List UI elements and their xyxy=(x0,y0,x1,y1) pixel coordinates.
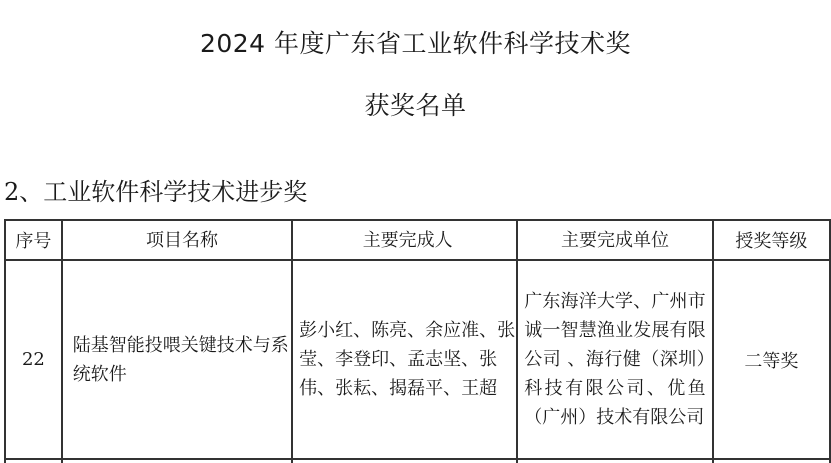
document-subtitle: 获奖名单 xyxy=(0,86,831,122)
cell-main-organizations: 广东海洋大学、广州市诚一智慧渔业发展有限公司 、海行健（深圳）科技有限公司、优鱼… xyxy=(517,260,712,459)
cell-award-level: 二等奖 xyxy=(713,260,830,459)
awards-table: 序号 项目名称 主要完成人 主要完成单位 授奖等级 22 陆基智能投喂关键技术与… xyxy=(4,219,831,463)
table-row: 22 陆基智能投喂关键技术与系统软件 彭小红、陈亮、余应准、张莹、李登印、孟志坚… xyxy=(5,260,830,459)
cell-serial-no: 22 xyxy=(5,260,62,459)
table-header-row: 序号 项目名称 主要完成人 主要完成单位 授奖等级 xyxy=(5,220,830,260)
header-project-name: 项目名称 xyxy=(62,220,292,260)
header-main-contributors: 主要完成人 xyxy=(292,220,517,260)
header-main-organizations: 主要完成单位 xyxy=(517,220,712,260)
header-serial-no: 序号 xyxy=(5,220,62,260)
cell-project-name: 陆基智能投喂关键技术与系统软件 xyxy=(62,260,292,459)
document-title: 2024 年度广东省工业软件科学技术奖 xyxy=(0,24,831,60)
cell-main-contributors: 彭小红、陈亮、余应准、张莹、李登印、孟志坚、张伟、张耘、揭磊平、王超 xyxy=(292,260,517,459)
table-row-partial xyxy=(5,459,830,463)
header-award-level: 授奖等级 xyxy=(713,220,830,260)
section-heading: 2、工业软件科学技术进步奖 xyxy=(4,172,307,207)
